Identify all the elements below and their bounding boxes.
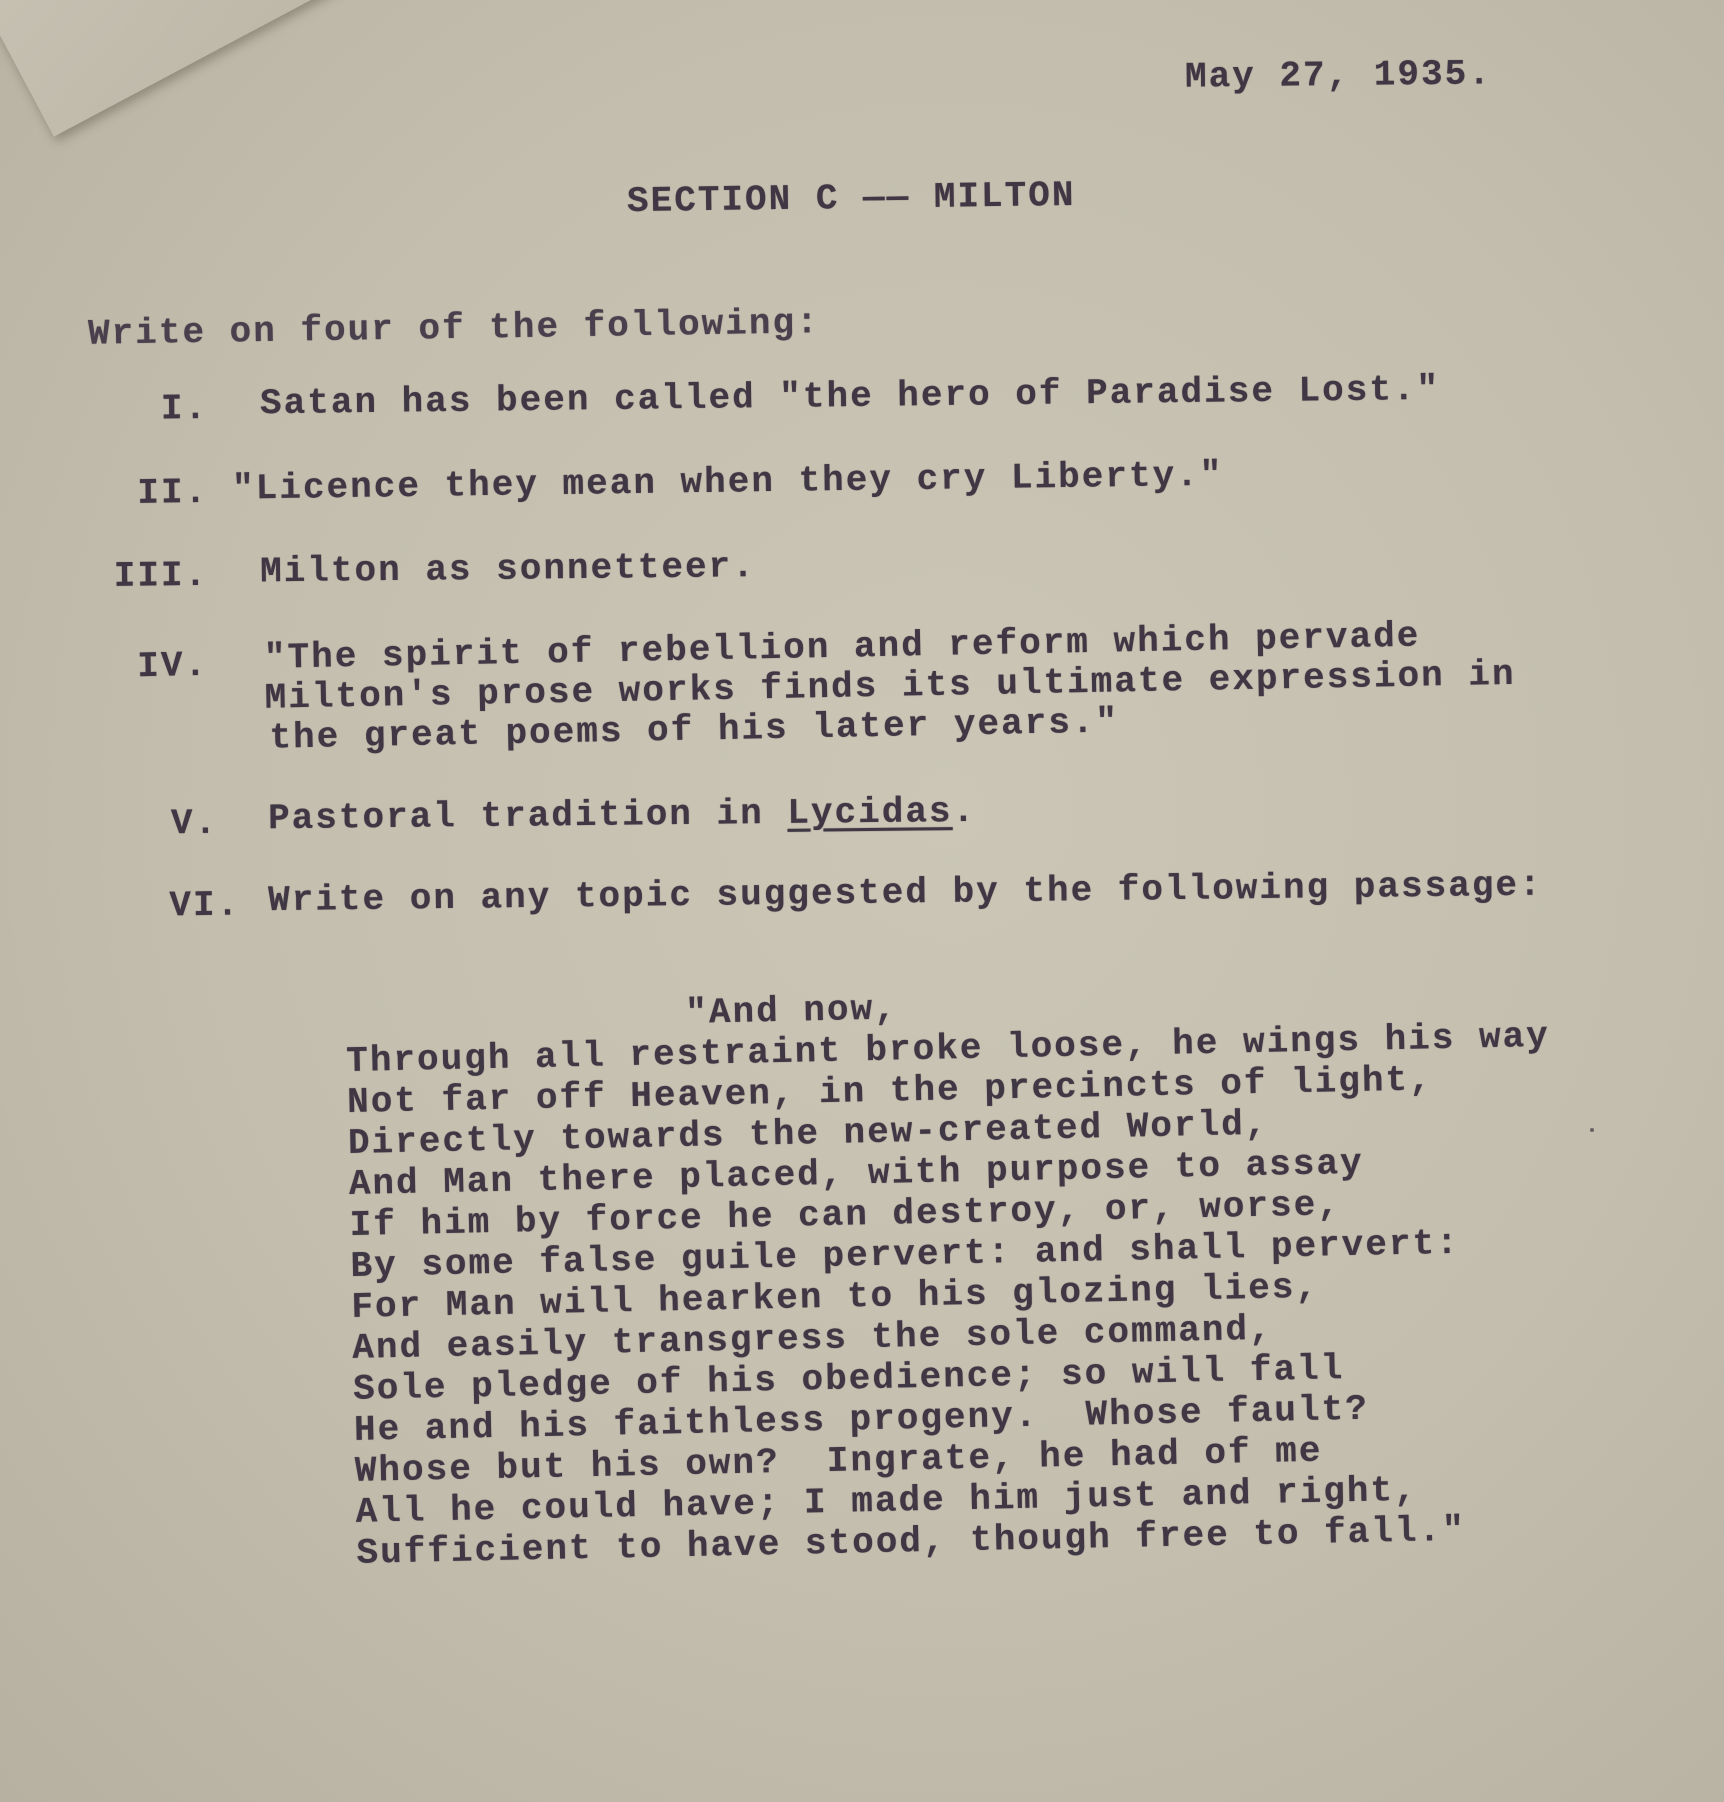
section-title: SECTION C —— MILTON [627,175,1076,222]
question-numeral: III. [88,555,208,597]
document-date: May 27, 1935. [1185,53,1492,97]
paper-speck [1590,1128,1594,1132]
question-numeral: IV. [88,645,209,688]
quoted-passage: "And now, Through all restraint broke lo… [345,975,1561,1574]
underlined-title-lycidas: Lycidas [787,791,953,834]
question-text-prefix: Pastoral tradition in [268,793,788,839]
question-text: "Licence they mean when they cry Liberty… [232,456,1224,510]
question-text: Pastoral tradition in Lycidas. [268,792,977,839]
question-numeral: I. [88,388,208,430]
question-numeral: II. [88,472,209,515]
typed-exam-page: May 27, 1935. SECTION C —— MILTON Write … [0,0,1724,1802]
question-text: Milton as sonnetteer. [260,547,756,592]
question-numeral: VI. [120,885,240,927]
instructions: Write on four of the following: [88,302,820,354]
question-text: Write on any topic suggested by the foll… [268,866,1543,922]
question-text-suffix: . [952,791,976,832]
question-numeral: V. [98,803,218,845]
question-text: Satan has been called "the hero of Parad… [260,370,1441,424]
